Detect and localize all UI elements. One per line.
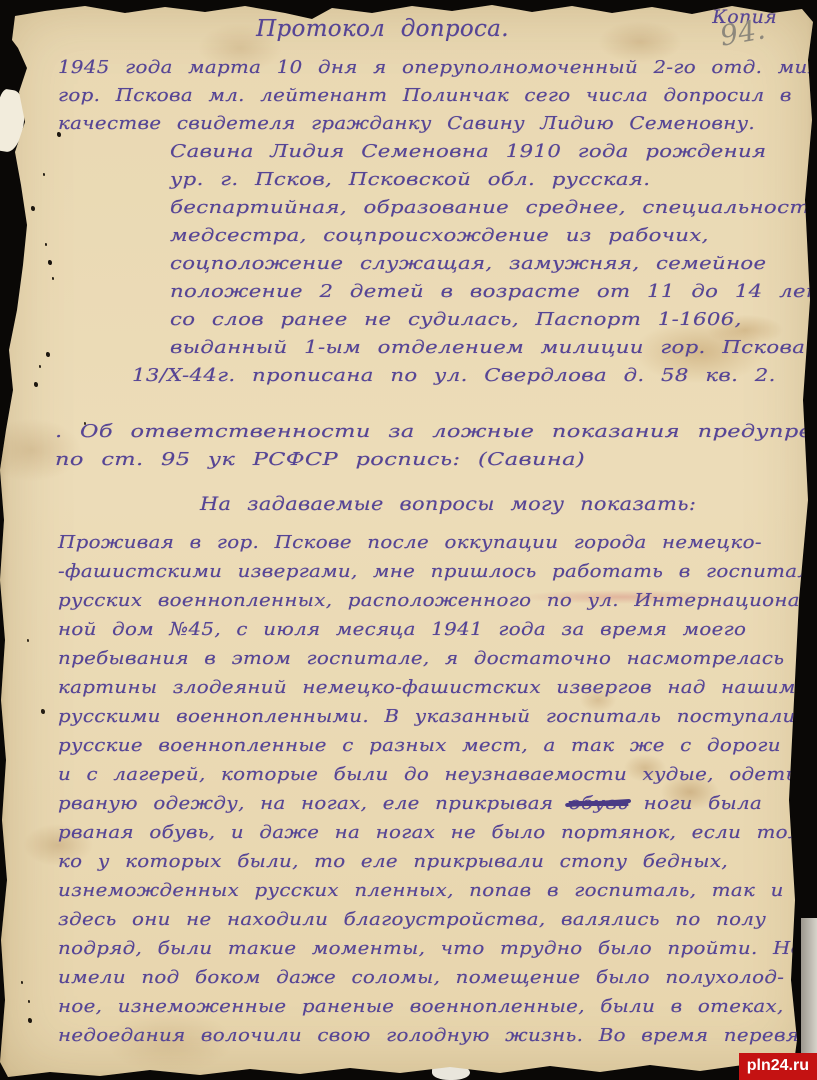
- text-before-strike: рваную одежду, на ногах, еле прикрывая: [58, 793, 569, 814]
- watermark-pln24: pln24.ru: [739, 1053, 817, 1080]
- handwritten-line: русские военнопленные с разных мест, а т…: [58, 731, 817, 760]
- handwritten-line-with-strike: рваную одежду, на ногах, еле прикрывая о…: [58, 789, 817, 818]
- handwritten-line: беспартийная, образование среднее, специ…: [170, 194, 817, 222]
- handwritten-line: со слов ранее не судилась, Паспорт 1-160…: [170, 306, 817, 334]
- ink-specks: [0, 0, 4, 5]
- handwritten-line: 1945 года марта 10 дня я оперуполномочен…: [58, 54, 817, 82]
- handwritten-line: изнеможденных русских пленных, попав в г…: [58, 876, 817, 905]
- scanned-page: Копия 94. Протокол допроса. 1945 года ма…: [0, 0, 817, 1080]
- handwritten-line: гор. Пскова мл. лейтенант Полинчак сего …: [58, 82, 817, 110]
- handwritten-line: недоедания волочили свою голодную жизнь.…: [58, 1021, 817, 1050]
- handwritten-line: ко у которых были, то еле прикрывали сто…: [58, 847, 817, 876]
- crossed-out-word: обувь: [569, 793, 628, 814]
- handwritten-line: ур. г. Псков, Псковской обл. русская.: [170, 166, 817, 194]
- handwritten-line: 13/X-44г. прописана по ул. Свердлова д. …: [132, 362, 817, 390]
- handwritten-line: по ст. 95 ук РСФСР роспись: (Савина): [55, 446, 817, 474]
- handwritten-line: русскими военнопленными. В указанный гос…: [58, 702, 817, 731]
- handwritten-line: здесь они не находили благоустройства, в…: [58, 905, 817, 934]
- handwritten-line: ной дом №45, с июля месяца 1941 года за …: [58, 615, 817, 644]
- handwritten-line: . Об ответственности за ложные показания…: [55, 418, 817, 446]
- handwritten-line: качестве свидетеля гражданку Савину Лиди…: [58, 110, 817, 138]
- handwritten-line: ное, изнеможенные раненые военнопленные,…: [58, 992, 817, 1021]
- intro-paragraph: 1945 года марта 10 дня я оперуполномочен…: [58, 54, 802, 138]
- testimony-paragraph: Проживая в гор. Пскове после оккупации г…: [58, 528, 807, 1050]
- handwritten-line: Савина Лидия Семеновна 1910 года рождени…: [170, 138, 817, 166]
- liability-warning-paragraph: . Об ответственности за ложные показания…: [55, 418, 802, 474]
- handwritten-line: картины злодеяний немецко-фашистских изв…: [58, 673, 817, 702]
- handwritten-line: рваная обувь, и даже на ногах не было по…: [58, 818, 817, 847]
- handwritten-line: подряд, были такие моменты, что трудно б…: [58, 934, 817, 963]
- handwritten-line: На задаваемые вопросы могу показать:: [200, 490, 817, 518]
- handwritten-line: выданный 1-ым отделением милиции гор. Пс…: [170, 334, 817, 362]
- testimony-heading: На задаваемые вопросы могу показать:: [200, 490, 802, 518]
- personal-details-block: Савина Лидия Семеновна 1910 года рождени…: [170, 138, 802, 390]
- text-after-strike: ноги была: [628, 793, 762, 814]
- document-title: Протокол допроса.: [0, 0, 791, 50]
- handwritten-line: имели под боком даже соломы, помещение б…: [58, 963, 817, 992]
- handwritten-line: медсестра, соцпроисхождение из рабочих,: [170, 222, 817, 250]
- document-paper: Копия 94. Протокол допроса. 1945 года ма…: [0, 0, 817, 1080]
- handwritten-line: соцположение служащая, замужняя, семейно…: [170, 250, 817, 278]
- handwritten-line: и с лагерей, которые были до неузнаваемо…: [58, 760, 817, 789]
- handwritten-line: русских военнопленных, расположенного по…: [58, 586, 817, 615]
- handwritten-line: Проживая в гор. Пскове после оккупации г…: [58, 528, 817, 557]
- handwritten-line: положение 2 детей в возрасте от 11 до 14…: [170, 278, 817, 306]
- handwritten-line: -фашистскими извергами, мне пришлось раб…: [58, 557, 817, 586]
- handwritten-line: пребывания в этом госпитале, я достаточн…: [58, 644, 817, 673]
